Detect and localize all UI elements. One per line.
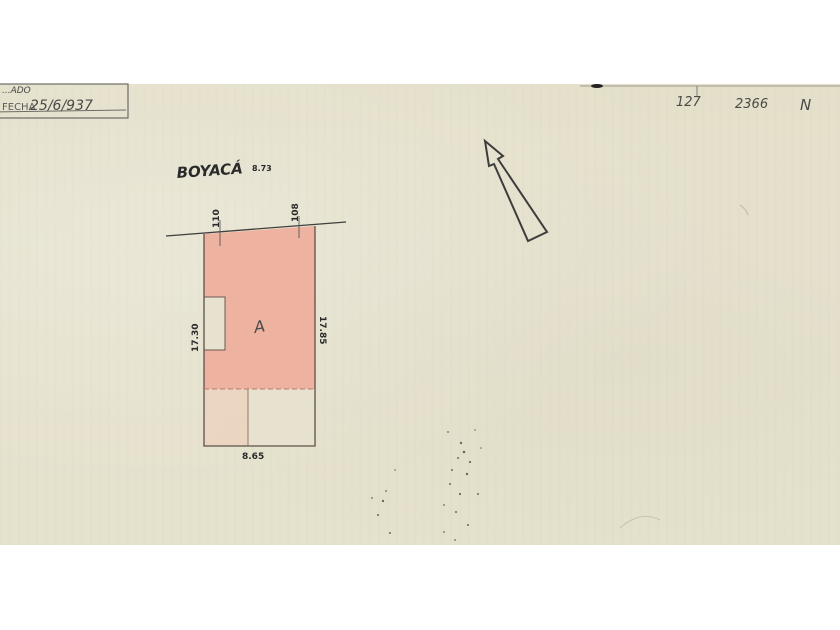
north-arrow-icon (485, 141, 547, 241)
date-stamp: ...ADO FECHA 25/6/937 (0, 84, 128, 118)
street-label: BOYACÁ 8.73 (176, 158, 272, 182)
plan-drawing: ...ADO FECHA 25/6/937 127 2366 N BOYACÁ … (0, 0, 840, 630)
stamp-line1: ...ADO (2, 86, 31, 96)
house-number-108: 108 (291, 203, 301, 222)
stamp-date: 25/6/937 (30, 98, 93, 114)
lot-rear-right (248, 389, 315, 446)
ref-2366: 2366 (735, 97, 768, 112)
dim-bottom: 8.65 (242, 452, 264, 462)
lot-patio (204, 297, 225, 350)
paper-speckles (371, 429, 482, 541)
street-name: BOYACÁ (176, 158, 243, 182)
house-number-110: 110 (212, 209, 222, 228)
lot-rear-left (204, 389, 248, 446)
ref-127: 127 (676, 95, 702, 110)
dim-right-side: 17.85 (317, 316, 327, 344)
street-width: 8.73 (252, 164, 272, 173)
header-refs: 127 2366 N (580, 84, 840, 114)
ref-n: N (800, 96, 811, 114)
dim-left-side: 17.30 (191, 324, 201, 352)
